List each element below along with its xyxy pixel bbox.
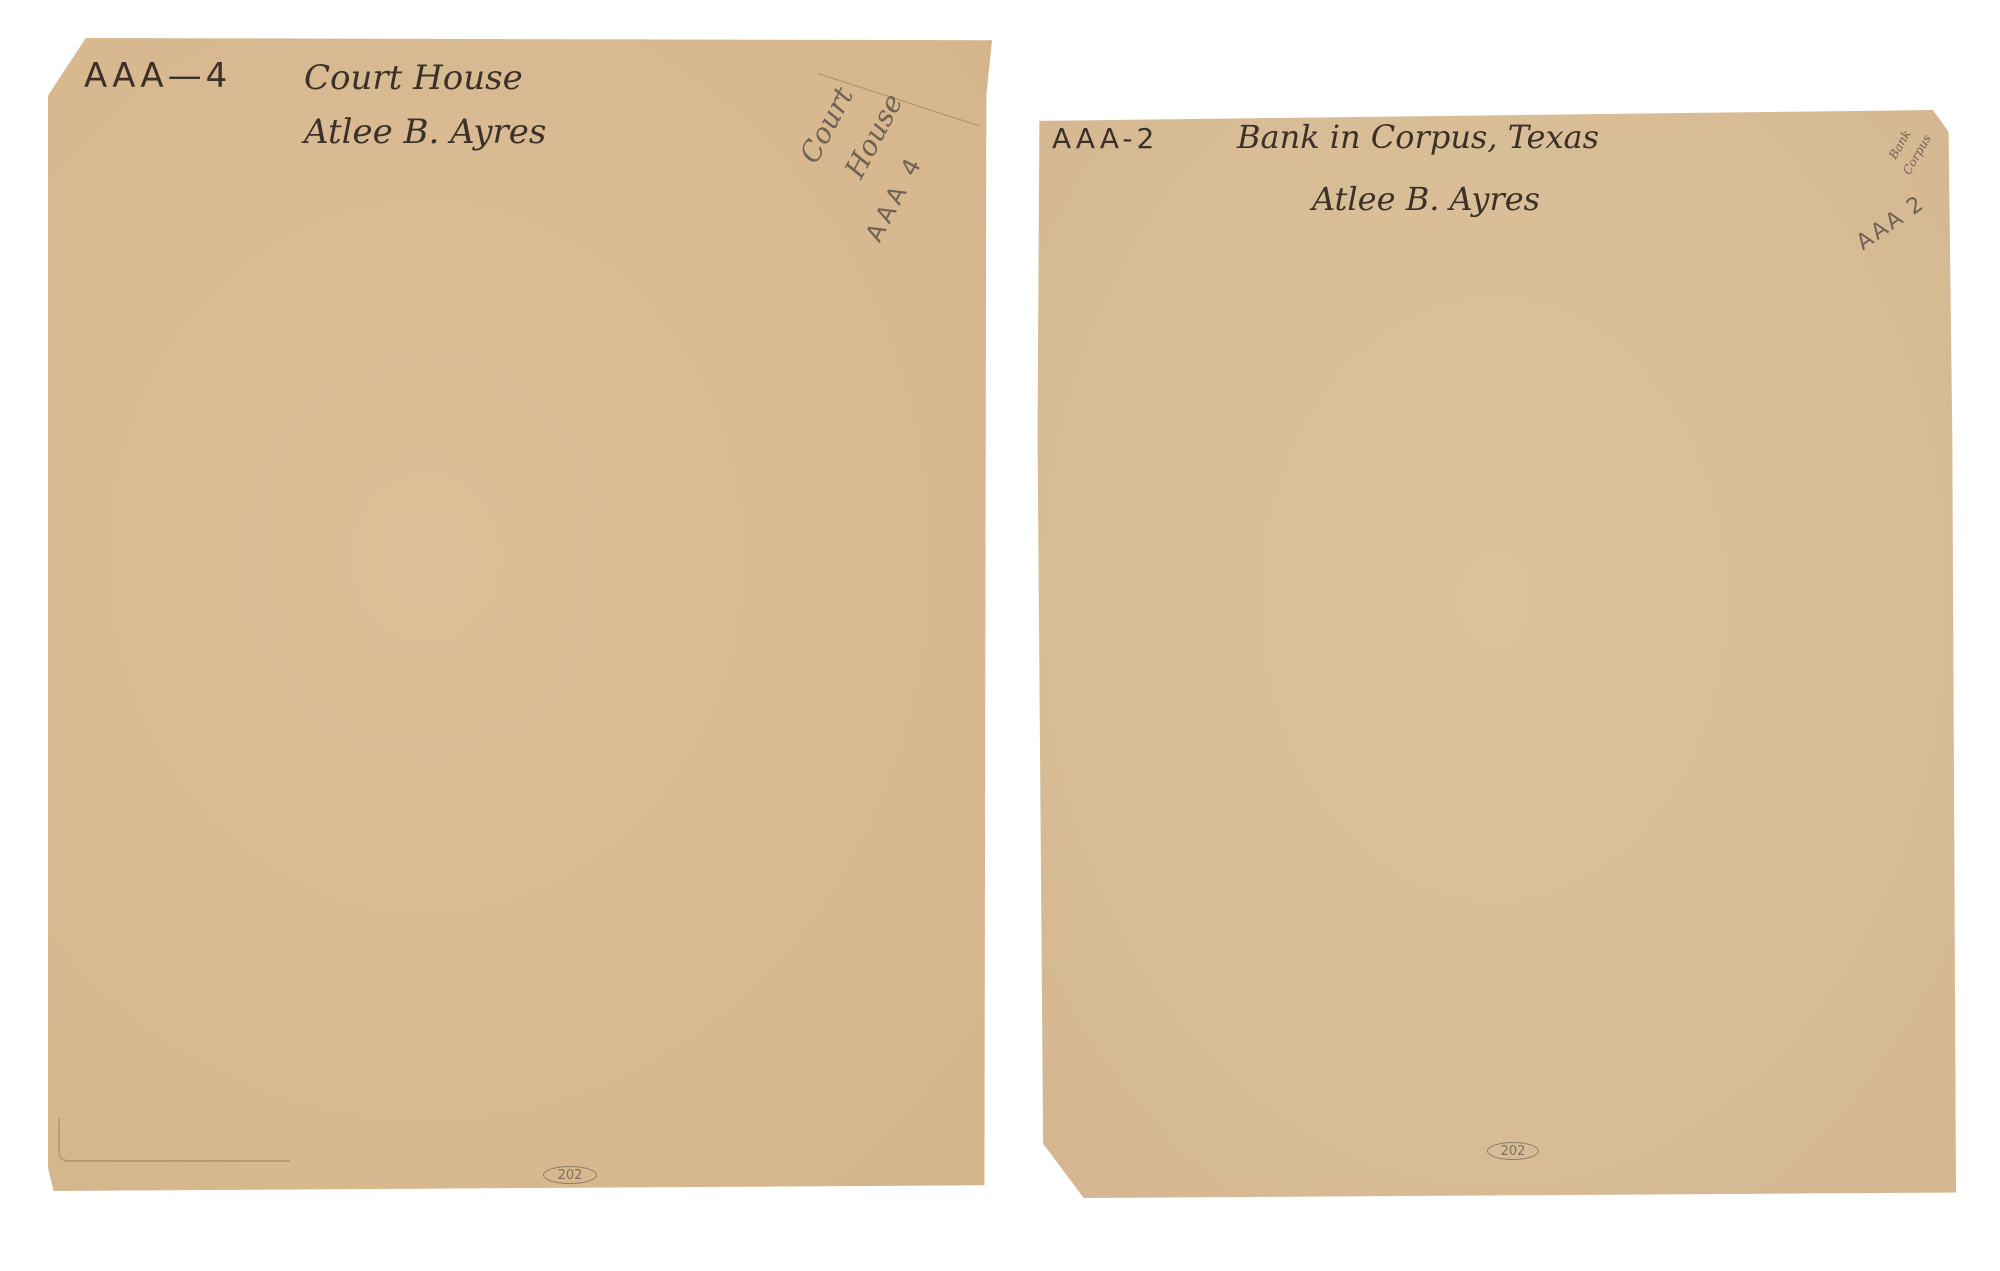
paper-sheet-court-house: AAA—4 Court House Atlee B. Ayres Court H… [48,38,992,1191]
sheet-id-label: AAA-2 [1052,122,1158,155]
sheet-title: Court House [304,58,523,98]
sheet-title: Bank in Corpus, Texas [1237,118,1599,156]
sheet-author: Atlee B. Ayres [304,112,546,152]
pencil-note: AAA 2 [1852,191,1930,256]
sheet-id-label: AAA—4 [84,56,231,96]
water-stain [58,1118,290,1162]
stamp-mark: 202 [543,1166,597,1184]
paper-sheet-bank-corpus: AAA-2 Bank in Corpus, Texas Atlee B. Ayr… [1032,110,1956,1198]
sheet-author: Atlee B. Ayres [1312,180,1540,218]
stamp-mark: 202 [1487,1142,1539,1160]
